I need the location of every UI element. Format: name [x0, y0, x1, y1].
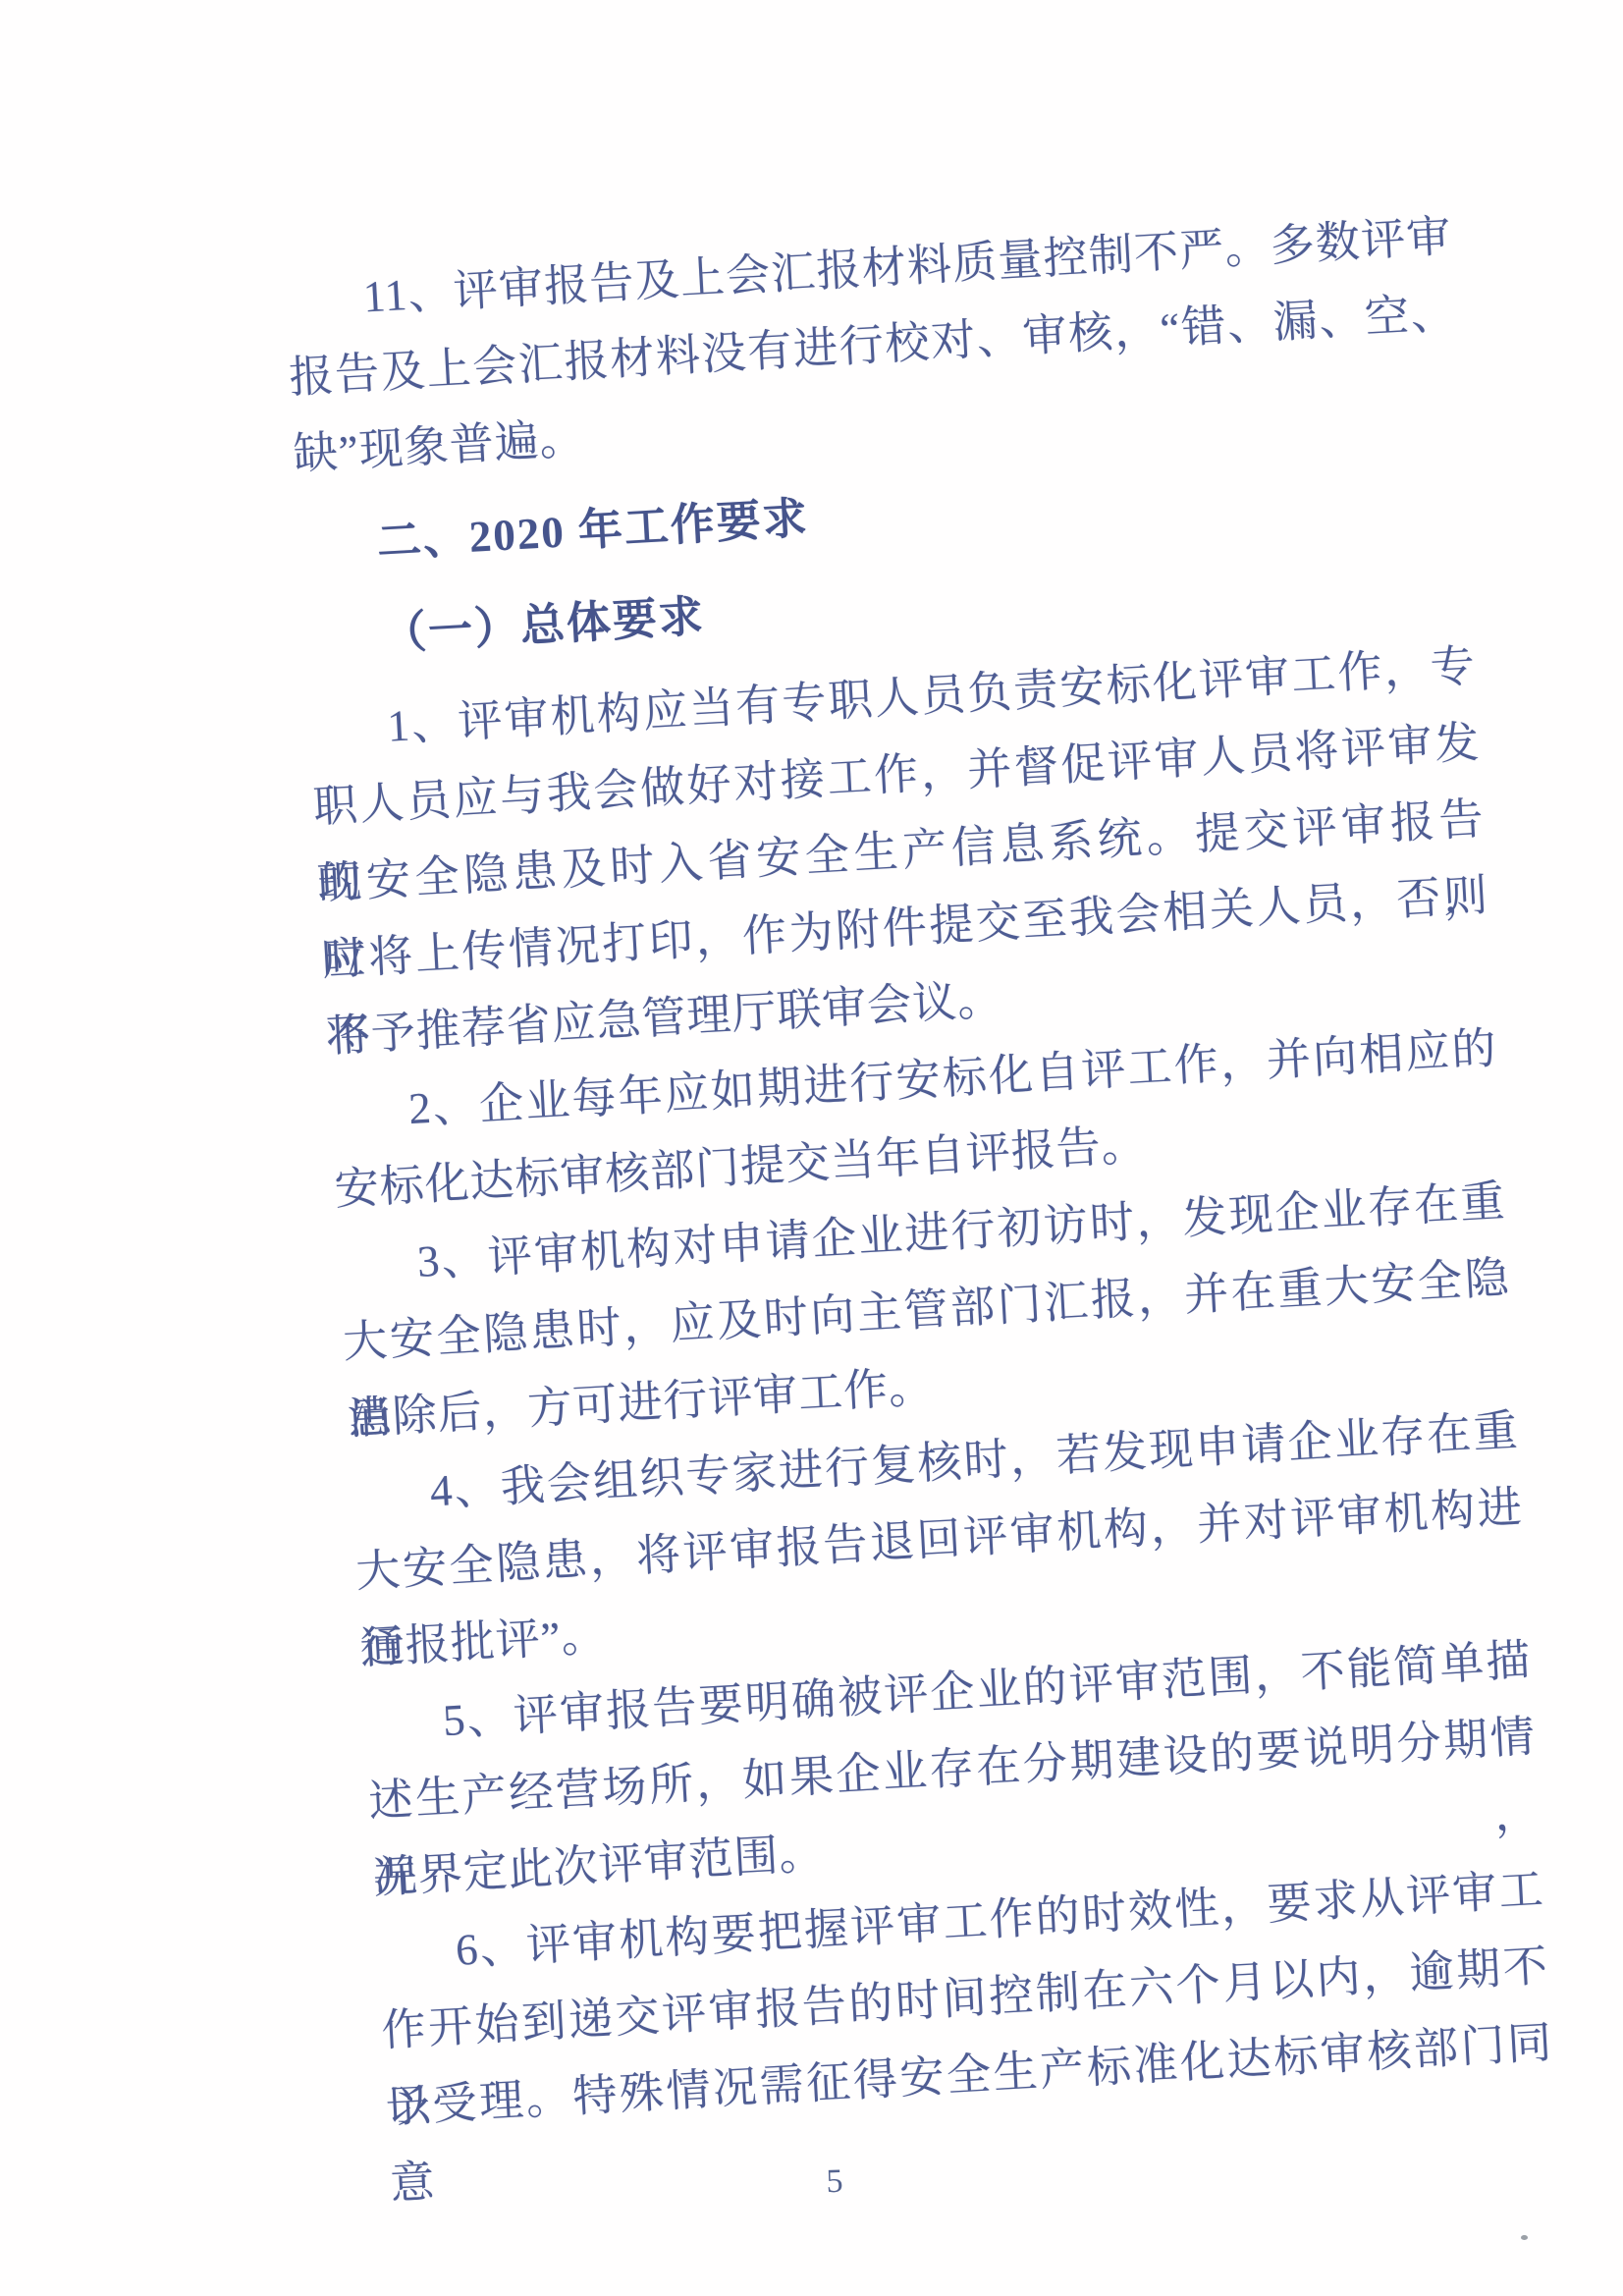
- scanned-page: 11、评审报告及上会汇报材料质量控制不严。多数评审 报告及上会汇报材料没有进行校…: [0, 0, 1623, 2296]
- scan-artifact-dot: [1521, 2235, 1528, 2240]
- document-text: 11、评审报告及上会汇报材料质量控制不严。多数评审 报告及上会汇报材料没有进行校…: [283, 198, 1554, 2146]
- page-number: 5: [802, 2162, 866, 2202]
